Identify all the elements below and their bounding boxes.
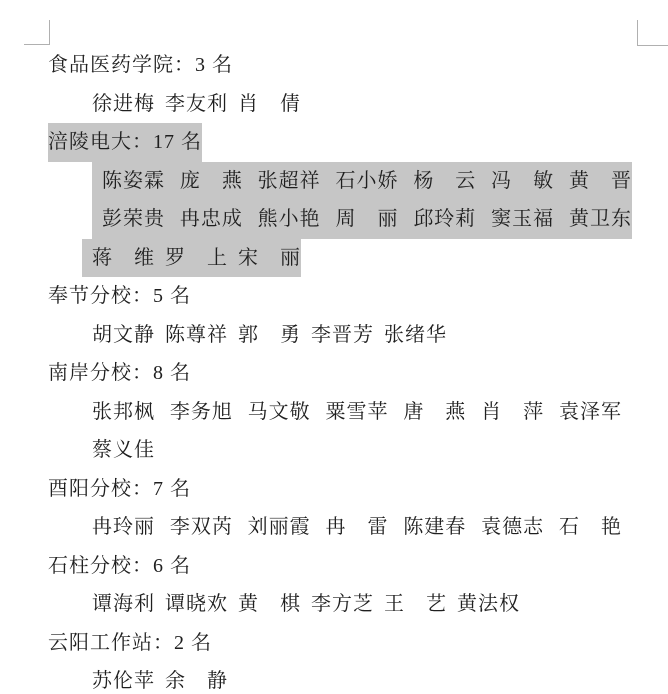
name-token[interactable]: 刘丽霞 <box>248 508 311 547</box>
name-token[interactable]: 庞 燕 <box>180 162 243 201</box>
names-line[interactable]: 苏伦苹 余 静 <box>92 662 622 694</box>
names-line[interactable]: 冉玲丽李双芮刘丽霞冉 雷陈建春袁德志石 艳 <box>92 508 622 547</box>
name-token[interactable]: 邱玲莉 <box>413 200 476 239</box>
section-heading-line[interactable]: 云阳工作站：2 名 <box>48 624 622 663</box>
name-token[interactable]: 杨 云 <box>413 162 476 201</box>
names-line[interactable]: 蔡义佳 <box>92 431 622 470</box>
names-text[interactable]: 徐进梅 李友利 肖 倩 <box>92 93 301 115</box>
names-line[interactable]: 谭海利 谭晓欢 黄 棋 李方芝 王 艺 黄法权 <box>92 585 622 624</box>
name-token[interactable]: 粟雪苹 <box>325 393 388 432</box>
name-token[interactable]: 石小娇 <box>335 162 398 201</box>
name-token[interactable]: 袁泽军 <box>559 393 622 432</box>
name-token[interactable]: 马文敬 <box>248 393 311 432</box>
section-heading-line[interactable]: 奉节分校：5 名 <box>48 277 622 316</box>
name-token[interactable]: 窦玉福 <box>491 200 554 239</box>
section-heading-line[interactable]: 酉阳分校：7 名 <box>48 470 622 509</box>
document-page: 食品医药学院：3 名徐进梅 李友利 肖 倩涪陵电大：17 名陈姿霖庞 燕张超祥石… <box>0 0 668 694</box>
document-text-area[interactable]: 食品医药学院：3 名徐进梅 李友利 肖 倩涪陵电大：17 名陈姿霖庞 燕张超祥石… <box>48 46 622 694</box>
name-token[interactable]: 唐 燕 <box>403 393 466 432</box>
name-token[interactable]: 熊小艳 <box>258 200 321 239</box>
names-line[interactable]: 蒋 维 罗 上 宋 丽 <box>92 239 622 278</box>
name-token[interactable]: 冯 敏 <box>491 162 554 201</box>
name-token[interactable]: 张超祥 <box>258 162 321 201</box>
names-text[interactable]: 蔡义佳 <box>92 439 155 461</box>
name-token[interactable]: 冉玲丽 <box>92 508 155 547</box>
names-line[interactable]: 陈姿霖庞 燕张超祥石小娇杨 云冯 敏黄 晋 <box>92 162 632 201</box>
name-token[interactable]: 周 丽 <box>335 200 398 239</box>
names-line[interactable]: 彭荣贵冉忠成熊小艳周 丽邱玲莉窦玉福黄卫东 <box>92 200 632 239</box>
name-token[interactable]: 陈姿霖 <box>102 162 165 201</box>
section-heading-text-selected[interactable]: 涪陵电大：17 名 <box>48 123 202 162</box>
names-text[interactable]: 谭海利 谭晓欢 黄 棋 李方芝 王 艺 黄法权 <box>92 593 520 615</box>
name-token[interactable]: 彭荣贵 <box>102 200 165 239</box>
name-token[interactable]: 张邦枫 <box>92 393 155 432</box>
names-line[interactable]: 张邦枫李务旭马文敬粟雪苹唐 燕肖 萍袁泽军 <box>92 393 622 432</box>
section-heading-text[interactable]: 酉阳分校：7 名 <box>48 478 191 500</box>
section-heading-line[interactable]: 食品医药学院：3 名 <box>48 46 622 85</box>
name-token[interactable]: 石 艳 <box>559 508 622 547</box>
name-token[interactable]: 陈建春 <box>403 508 466 547</box>
section-heading-text[interactable]: 石柱分校：6 名 <box>48 555 191 577</box>
section-heading-text[interactable]: 奉节分校：5 名 <box>48 285 191 307</box>
names-line[interactable]: 胡文静 陈尊祥 郭 勇 李晋芳 张绪华 <box>92 316 622 355</box>
section-heading-line[interactable]: 石柱分校：6 名 <box>48 547 622 586</box>
name-token[interactable]: 冉忠成 <box>180 200 243 239</box>
section-heading-text[interactable]: 南岸分校：8 名 <box>48 362 191 384</box>
section-heading-text[interactable]: 食品医药学院：3 名 <box>48 54 233 76</box>
names-line[interactable]: 徐进梅 李友利 肖 倩 <box>92 85 622 124</box>
section-heading-line[interactable]: 涪陵电大：17 名 <box>48 123 622 162</box>
names-text[interactable]: 胡文静 陈尊祥 郭 勇 李晋芳 张绪华 <box>92 324 447 346</box>
name-token[interactable]: 黄卫东 <box>569 200 632 239</box>
name-token[interactable]: 冉 雷 <box>325 508 388 547</box>
names-text-selected[interactable]: 蒋 维 罗 上 宋 丽 <box>82 239 301 278</box>
margin-crop-mark-top-right <box>637 20 668 46</box>
name-token[interactable]: 李双芮 <box>170 508 233 547</box>
name-token[interactable]: 袁德志 <box>481 508 544 547</box>
name-token[interactable]: 肖 萍 <box>481 393 544 432</box>
section-heading-line[interactable]: 南岸分校：8 名 <box>48 354 622 393</box>
section-heading-text[interactable]: 云阳工作站：2 名 <box>48 632 212 654</box>
name-token[interactable]: 黄 晋 <box>569 162 632 201</box>
margin-crop-mark-top-left <box>24 20 50 45</box>
names-text[interactable]: 苏伦苹 余 静 <box>92 670 228 692</box>
name-token[interactable]: 李务旭 <box>170 393 233 432</box>
